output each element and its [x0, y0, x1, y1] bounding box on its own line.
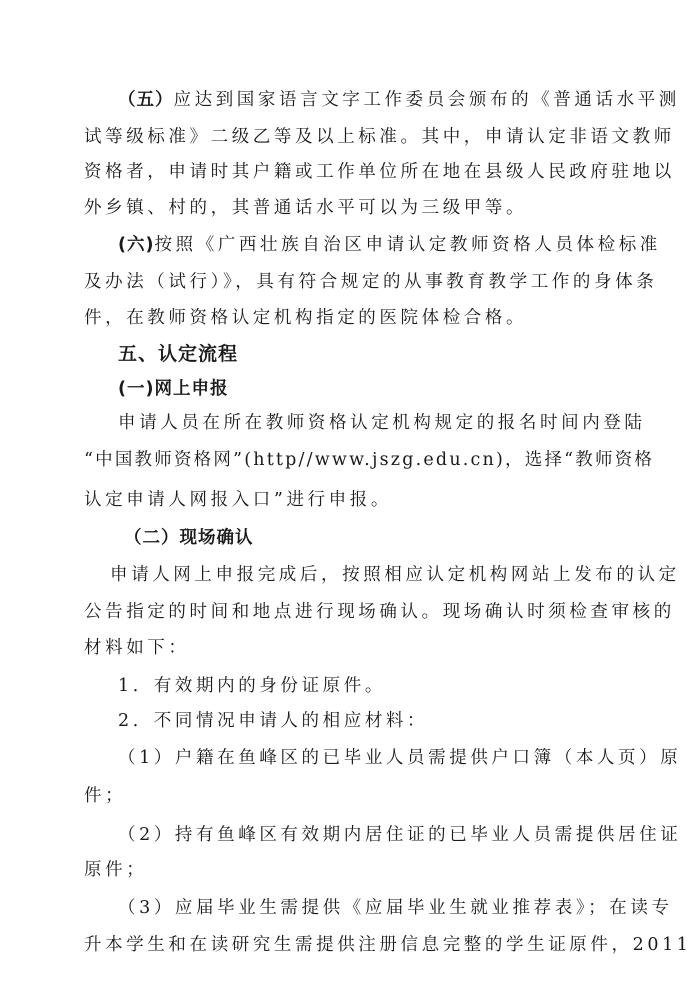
sub-item-1-line-1: （1）户籍在鱼峰区的已毕业人员需提供户口簿（本人页）原 [118, 746, 681, 770]
item-number: (六) [118, 235, 155, 255]
online-paragraph-line-3: 认定申请人网报入口”进行申报。 [84, 488, 392, 512]
subsection-heading-confirm: （二）现场确认 [124, 526, 254, 550]
list-item-1: 1．有效期内的身份证原件。 [118, 674, 386, 698]
confirm-paragraph-line-1: 申请人网上申报完成后，按照相应认定机构网站上发布的认定 [110, 563, 680, 587]
paragraph-6-line-3: 件，在教师资格认定机构指定的医院体检合格。 [84, 306, 527, 330]
sub-item-2-line-2: 原件； [84, 858, 147, 882]
sub-item-1-line-2: 件； [84, 784, 126, 808]
online-paragraph-line-2: “中国教师资格网”(http//www.jszg.edu.cn)，选择“教师资格 [84, 448, 654, 472]
paragraph-5-line-3: 资格者，申请时其户籍或工作单位所在地在县级人民政府驻地以 [84, 160, 675, 184]
sub-item-3-line-2: 升本学生和在读研究生需提供注册信息完整的学生证原件，2011 [84, 933, 692, 957]
paragraph-5-line-1: （五）应达到国家语言文字工作委员会颁布的《普通话水平测 [118, 88, 680, 112]
item-number: （五） [118, 90, 174, 110]
online-paragraph-line-1: 申请人员在所在教师资格认定机构规定的报名时间内登陆 [118, 411, 646, 435]
subsection-heading-online: (一)网上申报 [118, 377, 229, 401]
confirm-paragraph-line-2: 公告指定的时间和地点进行现场确认。现场确认时须检查审核的 [84, 600, 675, 624]
paragraph-5-line-2: 试等级标准》二级乙等及以上标准。其中，申请认定非语文教师 [84, 125, 675, 149]
list-item-2: 2．不同情况申请人的相应材料： [118, 709, 428, 733]
confirm-paragraph-line-3: 材料如下： [84, 636, 190, 660]
sub-item-3-line-1: （3）应届毕业生需提供《应届毕业生就业推荐表》；在读专 [118, 896, 673, 920]
paragraph-6-line-1: (六)按照《广西壮族自治区申请认定教师资格人员体检标准 [118, 233, 661, 257]
sub-item-2-line-1: （2）持有鱼峰区有效期内居住证的已毕业人员需提供居住证 [118, 823, 681, 847]
paragraph-6-line-2: 及办法（试行）》，具有符合规定的从事教育教学工作的身体条 [84, 270, 657, 294]
paragraph-5-line-4: 外乡镇、村的，其普通话水平可以为三级甲等。 [84, 196, 527, 220]
section-heading: 五、认定流程 [118, 342, 238, 366]
